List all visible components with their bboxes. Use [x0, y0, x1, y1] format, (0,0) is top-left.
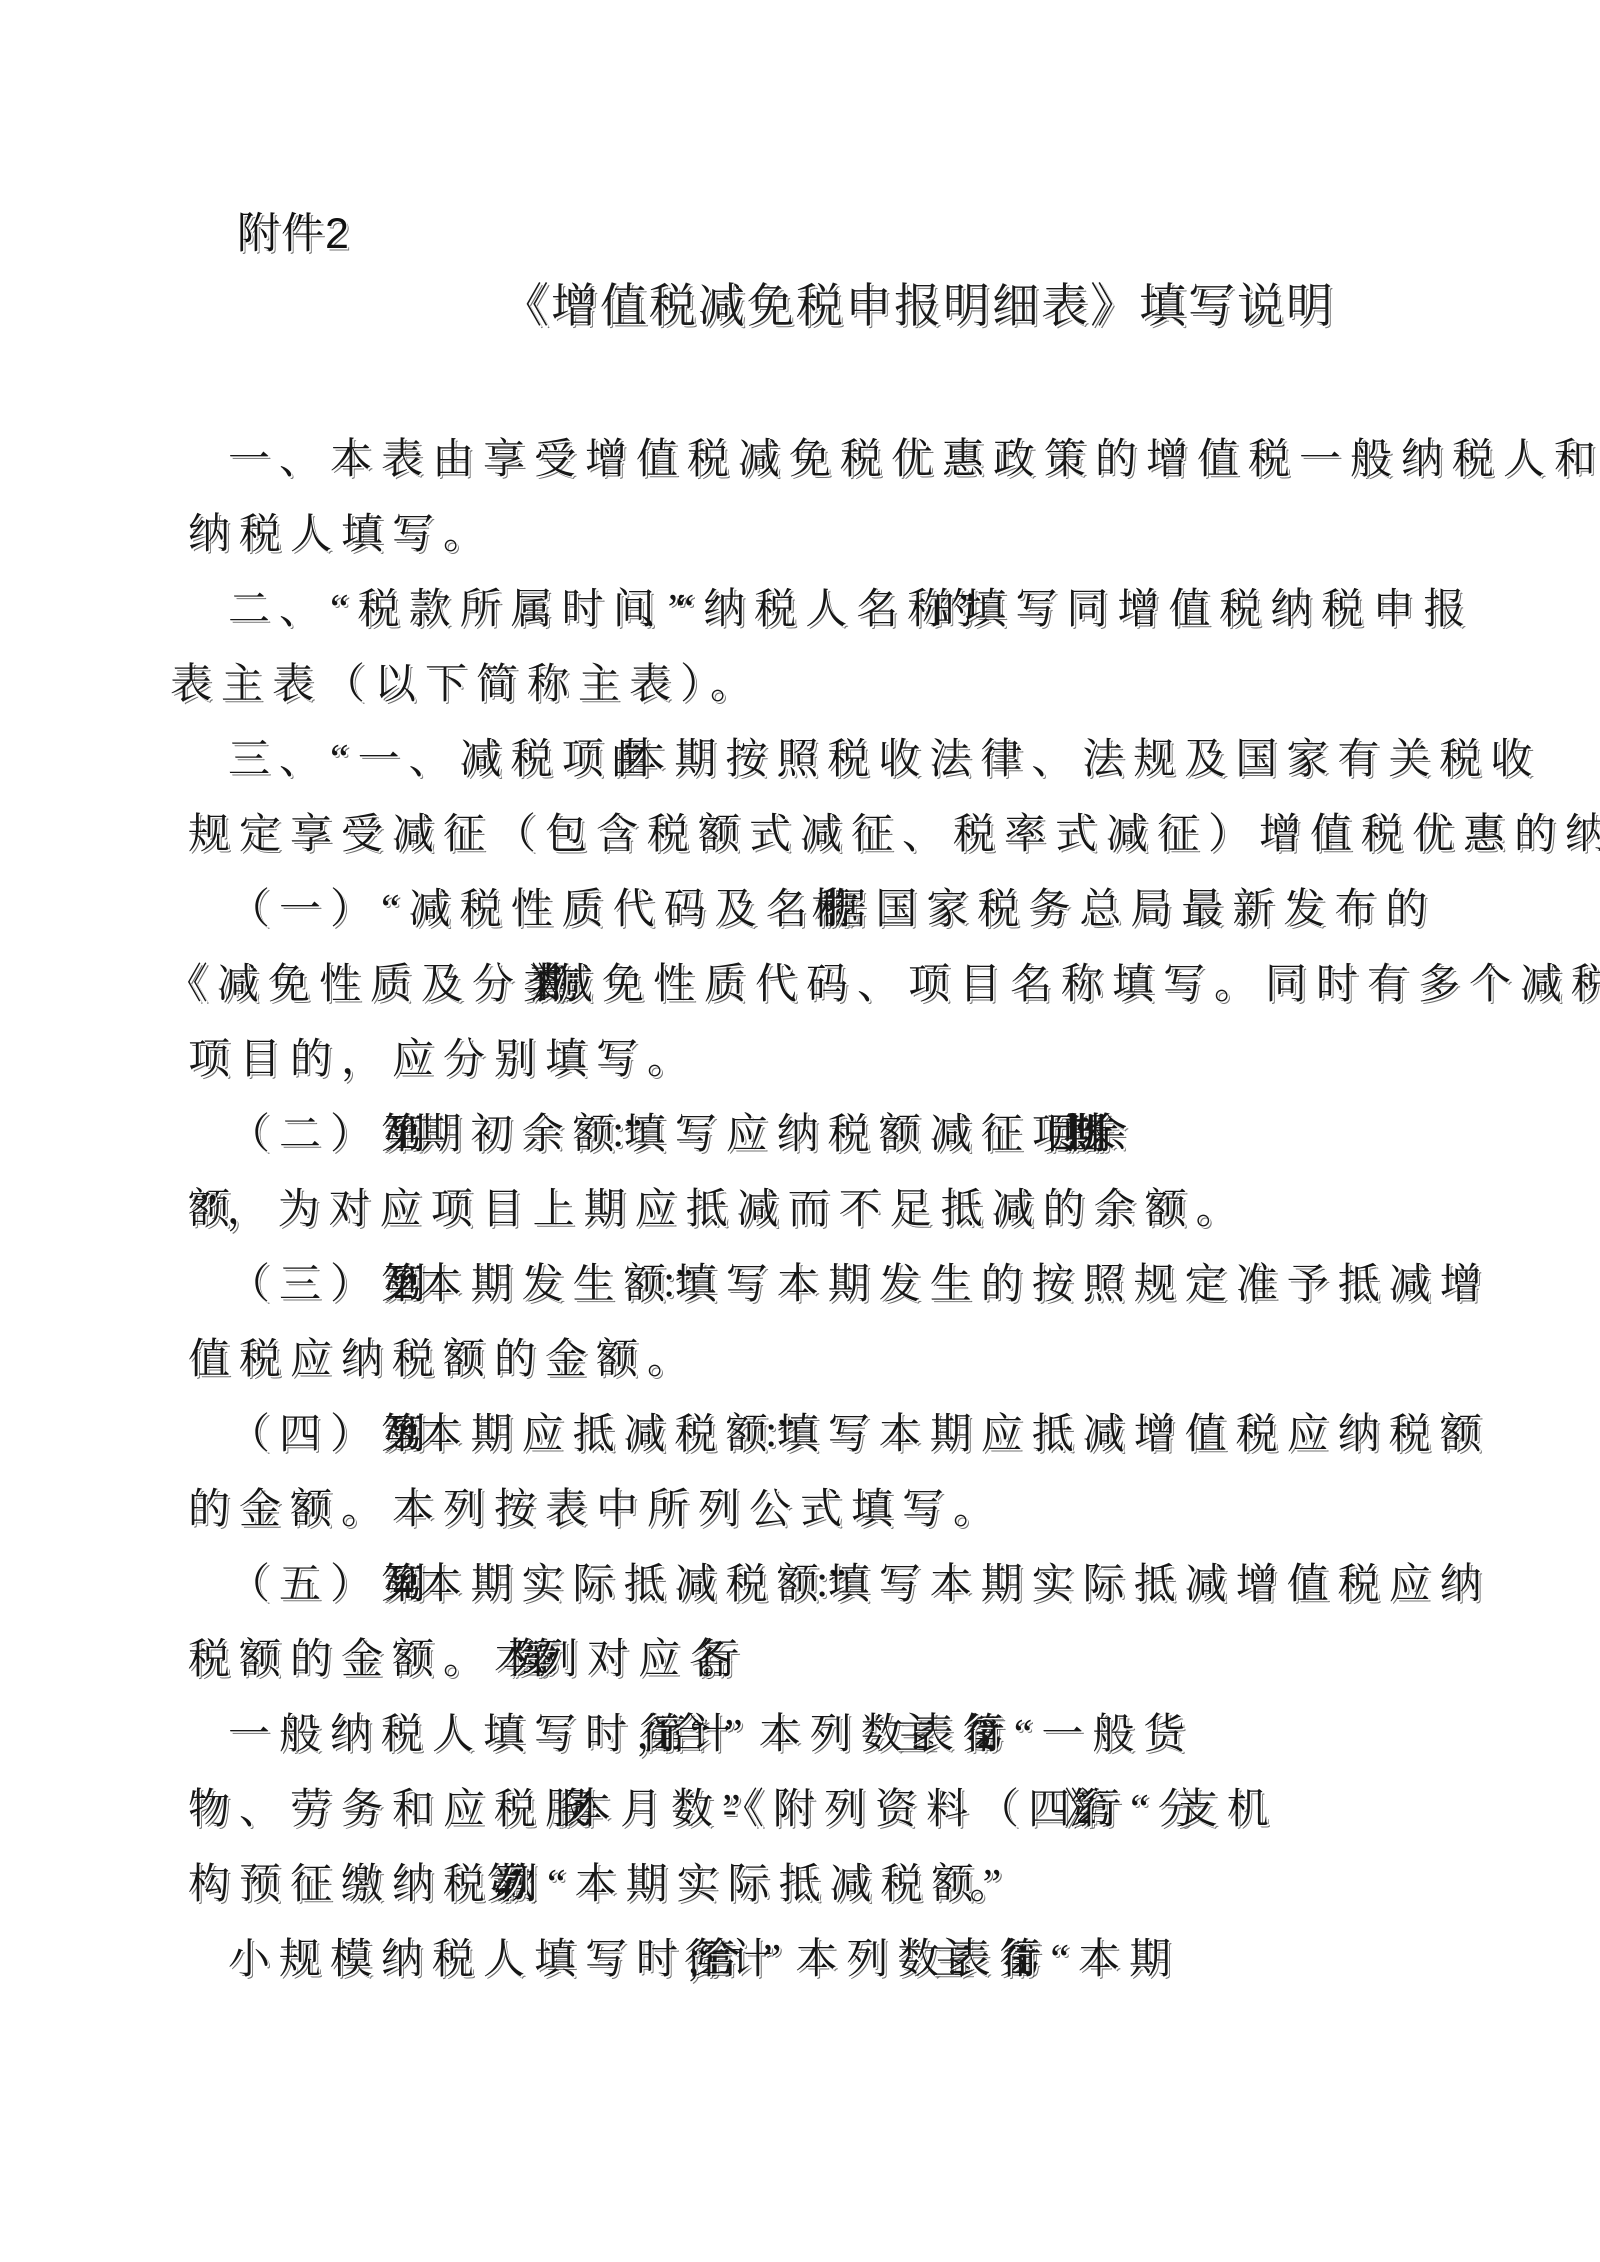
text-segment: 一般纳税人填写时: [228, 1712, 636, 1758]
text-segment: 本列数: [795, 1937, 948, 1983]
text-segment: 的金额。本列按表中所列公式填写。: [188, 1487, 1004, 1533]
text-segment: （五）: [228, 1562, 381, 1608]
text-segment: 行: [639, 1712, 690, 1758]
text-segment: “合计”: [690, 1937, 771, 1983]
text-segment: 类表》中的: [523, 962, 543, 1008]
text-segment: ，为对应项目上期应抵减而不足抵减的余额。: [227, 1187, 1247, 1233]
text-segment: 填写本期应抵减增值税应纳税额: [777, 1412, 1491, 1458]
text-segment: 行“本期: [999, 1937, 1180, 1983]
text-line: 的金额。本列按表中所列公式填写。: [0, 1473, 1600, 1548]
attachment-label: 附件2: [237, 210, 350, 258]
text-segment: 项目上期“期末余: [1032, 1112, 1097, 1158]
text-segment: 据国家税务总局最新发布的: [824, 887, 1436, 933]
text-segment: 本期按照税收法律、法规及国家有关税收: [623, 737, 1541, 783]
text-segment: 项目的，应分别填写。: [188, 1037, 698, 1083]
text-line: 额”，为对应项目上期应抵减而不足抵减的余额。: [0, 1173, 1600, 1248]
text-line: （五）第4列“本期实际抵减税额”：填写本期实际抵减增值税应纳: [0, 1548, 1600, 1623]
text-segment: 填写应纳税额减征: [624, 1112, 1032, 1158]
text-segment: “期初余额: [392, 1112, 624, 1158]
text-segment: 纳税人填写。: [188, 512, 494, 558]
text-line: 纳税人填写。: [0, 498, 1600, 573]
text-segment: 本月数: [569, 1787, 722, 1833]
text-line: 一般纳税人填写时，第1行“合计”本列数≤主表第23行“一般货: [0, 1698, 1600, 1773]
text-line: 值税应纳税额的金额。: [0, 1323, 1600, 1398]
text-line: 物、劳务和应税服务本月数”-《附列资料（四）》第2行“分支机: [0, 1773, 1600, 1848]
text-segment: 本列数: [759, 1712, 912, 1758]
text-segment: （二）: [228, 1112, 381, 1158]
text-line: 小规模纳税人填写时，第1行“合计”本列数≤主表第13行“本期: [0, 1923, 1600, 1998]
text-segment: “本期发生额: [392, 1262, 675, 1308]
text-segment: 三、“一、减税项: [228, 737, 613, 783]
text-segment: 填写同增值税纳税申报: [964, 587, 1474, 633]
text-line: （二）第1列“期初余额”：填写应纳税额减征项目上期“期末余: [0, 1098, 1600, 1173]
text-segment: 小规模纳税人填写时: [228, 1937, 687, 1983]
document-title: 《增值税减免税申报明细表》填写说明: [502, 281, 1335, 333]
text-segment: 计”: [690, 1712, 735, 1758]
text-segment: 税额的金额。: [188, 1637, 494, 1683]
text-segment: 支机: [1176, 1787, 1278, 1833]
text-segment: 目”由: [613, 737, 620, 783]
text-segment: （三）: [228, 1262, 381, 1308]
text-line: （三）第2列“本期发生额”：填写本期发生的按照规定准予抵减增: [0, 1248, 1600, 1323]
text-segment: 填写本期实际抵减增值税应纳: [828, 1562, 1491, 1608]
text-line: 规定享受减征（包含税额式减征、税率式减征）增值税优惠的纳税人填写。: [0, 798, 1600, 873]
text-segment: 服务: [545, 1787, 569, 1833]
text-segment: 规定享受减征（包含税额式减征、税率式减征）增值税优惠的纳税人填写。: [188, 812, 1600, 858]
text-segment: 表主表（以下简称主表）。: [170, 662, 761, 708]
text-segment: 一、本表由享受增值税减免税优惠政策的增值税一般纳税人和小规模: [228, 437, 1600, 483]
text-line: 构预征缴纳税款”第4列“本期实际抵减税额”。: [0, 1848, 1600, 1923]
text-segment: 《减免性质及分: [166, 962, 523, 1008]
text-line: （四）第3列“本期应抵减税额”：填写本期应抵减增值税应纳税额: [0, 1398, 1600, 1473]
text-segment: 值税应纳税额的金额。: [188, 1337, 698, 1383]
text-segment: 物、劳务和应税: [188, 1787, 545, 1833]
text-segment: “本期应抵减税额: [392, 1412, 777, 1458]
text-segment: 减免性质代码、项目名称填写。同时有多个减税: [551, 962, 1600, 1008]
text-line: （一）“减税性质代码及名称”根据国家税务总局最新发布的: [0, 873, 1600, 948]
text-segment: 二、“税款所属时间: [228, 587, 664, 633]
text-segment: 行“一般货: [963, 1712, 1195, 1758]
text-segment: 行“: [1079, 1787, 1158, 1833]
text-segment: ”: [199, 1187, 227, 1233]
text-segment: 本列≤: [494, 1637, 517, 1683]
text-line: 一、本表由享受增值税减免税优惠政策的增值税一般纳税人和小规模: [0, 423, 1600, 498]
text-segment: “本期实际抵减税额: [392, 1562, 828, 1608]
text-segment: 。: [699, 1637, 750, 1683]
text-line: 《减免性质及分类表》中的减免性质代码、项目名称填写。同时有多个减税: [0, 948, 1600, 1023]
text-line: 项目的，应分别填写。: [0, 1023, 1600, 1098]
text-segment: 《附列资料（四: [722, 1787, 1079, 1833]
text-segment: “纳税人名称: [676, 587, 959, 633]
document-body: 一、本表由享受增值税减免税优惠政策的增值税一般纳税人和小规模纳税人填写。二、“税…: [0, 423, 1600, 1998]
text-segment: 列“本期实际抵减税额: [496, 1862, 983, 1908]
text-line: 税额的金额。本列≤第3列对应各行。: [0, 1623, 1600, 1698]
text-segment: 表: [912, 1712, 963, 1758]
text-line: 表主表（以下简称主表）。: [0, 648, 1600, 723]
text-line: 三、“一、减税项目”由本期按照税收法律、法规及国家有关税收: [0, 723, 1600, 798]
text-segment: 列对应: [536, 1637, 689, 1683]
text-segment: 填写本期发生的按照规定准予抵减增: [675, 1262, 1491, 1308]
text-segment: 称”根: [817, 887, 821, 933]
text-segment: 表: [948, 1937, 999, 1983]
document-page: 附件2 《增值税减免税申报明细表》填写说明 一、本表由享受增值税减免税优惠政策的…: [0, 0, 1600, 2262]
text-segment: （一）“减税性质代码及名: [228, 887, 817, 933]
text-segment: 构预征缴纳税: [188, 1862, 494, 1908]
text-segment: 第3: [517, 1637, 536, 1683]
text-line: 二、“税款所属时间”、“纳税人名称”的填写同增值税纳税申报: [0, 573, 1600, 648]
text-segment: （四）: [228, 1412, 381, 1458]
